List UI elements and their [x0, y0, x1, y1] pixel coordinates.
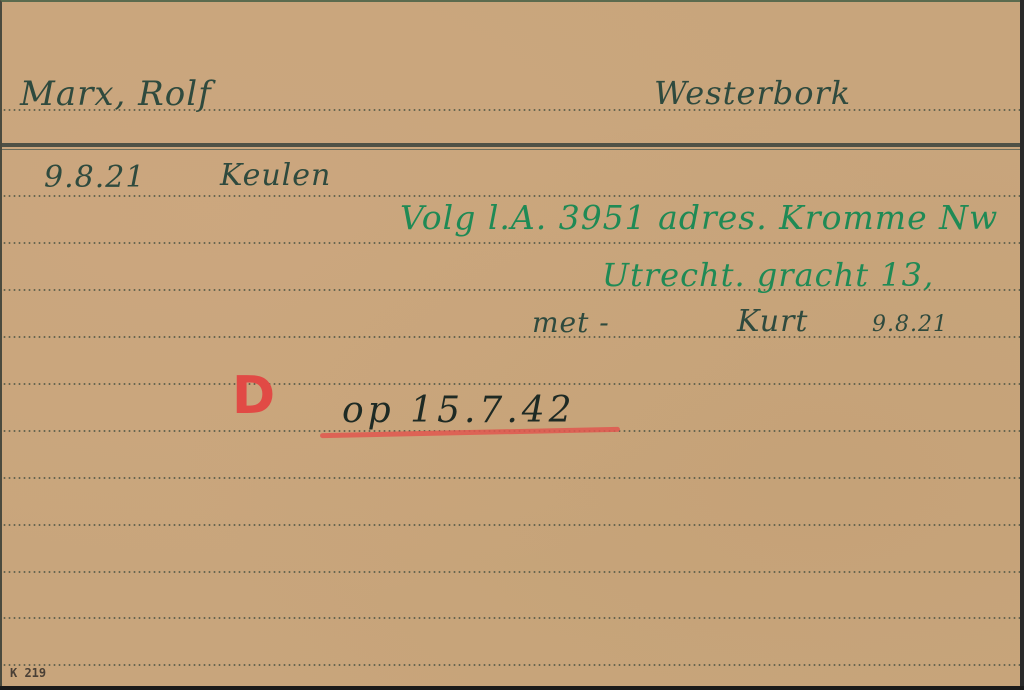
address-note-line1: Volg l.A. 3951 adres. Kromme Nw [400, 198, 998, 237]
ruled-line [2, 571, 1020, 573]
address-note-line2: Utrecht. gracht 13, [602, 256, 934, 294]
index-card: Marx, Rolf Westerbork 9.8.21 Keulen Volg… [0, 0, 1020, 686]
header-divider [2, 143, 1022, 147]
card-edge-right [1020, 0, 1024, 690]
ruled-line [2, 617, 1020, 619]
deportation-mark: D [232, 366, 276, 426]
card-edge-bottom [0, 686, 1024, 690]
relative-name: Kurt [737, 304, 808, 339]
camp-location: Westerbork [654, 74, 851, 112]
relative-birthdate: 9.8.21 [872, 312, 948, 337]
with-label: met - [532, 306, 610, 339]
header-divider-thin [2, 149, 1022, 150]
ruled-line [2, 195, 1020, 197]
birth-place: Keulen [220, 158, 331, 193]
ruled-line [2, 477, 1020, 479]
deportation-date: op 15.7.42 [342, 390, 576, 431]
ruled-line [2, 524, 1020, 526]
surname-name: Marx, Rolf [20, 74, 212, 114]
card-code: K 219 [10, 666, 46, 680]
ruled-line [2, 336, 1020, 338]
ruled-line [2, 664, 1020, 666]
birth-date: 9.8.21 [44, 160, 145, 195]
ruled-line [2, 383, 1020, 385]
ruled-line [2, 242, 1020, 244]
